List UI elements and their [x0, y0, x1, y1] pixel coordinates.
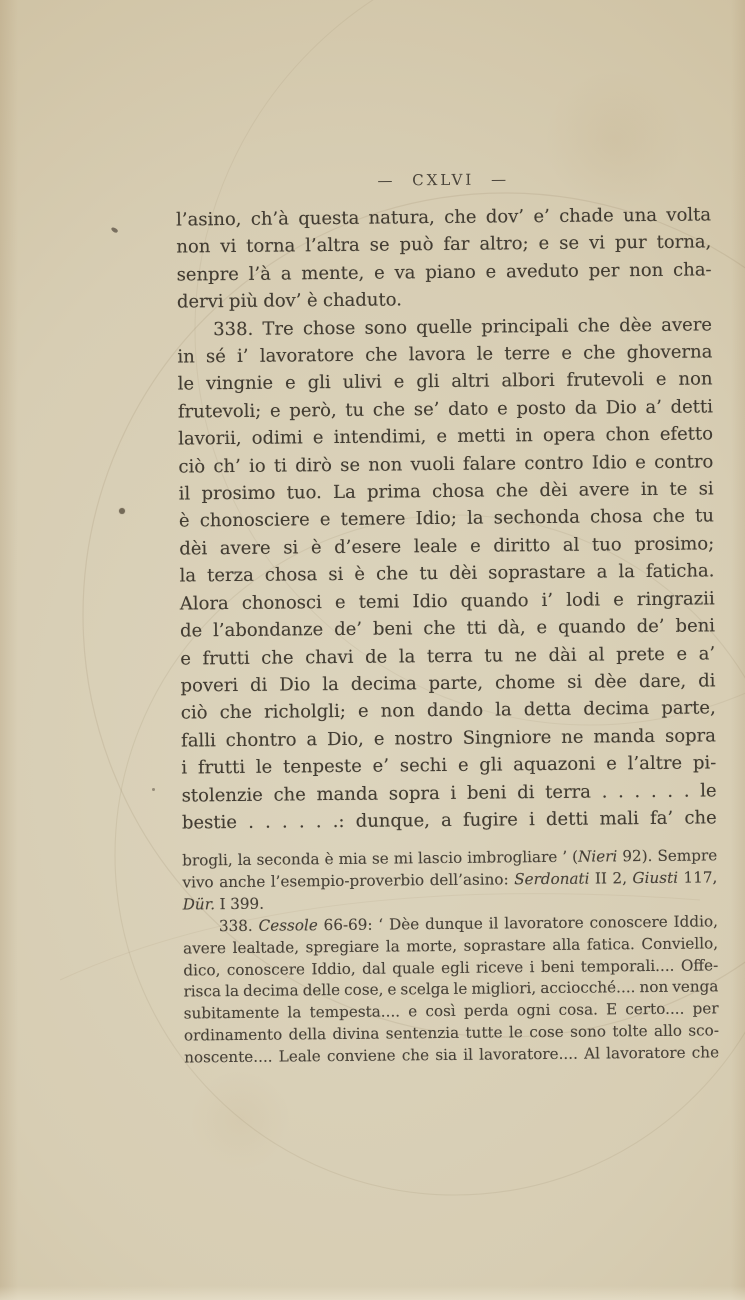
text-line: noscente....Lealeconvienechesiaillavorat… [184, 1042, 719, 1069]
paragraph: 338.Trechosesonoquelleprincipalichedèeav… [177, 311, 717, 837]
scanned-text-area: — CXLVI — l’asino,ch’àquestanatura,chedo… [0, 0, 745, 1300]
main-body-text: l’asino,ch’àquestanatura,chedov’e’chadeu… [176, 201, 717, 836]
book-page-scan: — CXLVI — l’asino,ch’àquestanatura,chedo… [0, 0, 745, 1300]
folio-page-number: — CXLVI — [176, 168, 711, 191]
text-line: efruttichechavidelaterratunedàialpreteea… [180, 640, 715, 673]
paragraph: 338.Cessole66-69:‘Dèedunqueillavoratorec… [183, 911, 719, 1069]
paragraph: l’asino,ch’àquestanatura,chedov’e’chadeu… [176, 201, 712, 316]
paragraph: brogli,lasecondaèmiasemilascioimbrogliar… [182, 845, 718, 916]
text-line: bestie......:dunque,afugireidettimalifa’… [182, 804, 717, 837]
footnotes-block: brogli,lasecondaèmiasemilascioimbrogliar… [182, 845, 719, 1069]
text-line: laterzachosasièchetudèisoprastarealafati… [179, 558, 714, 591]
text-line: lavorii,odimieintendimi,emettiinoperacho… [178, 421, 713, 454]
text-line: senprel’àamente,evapianoeavedutopernonch… [177, 256, 712, 289]
